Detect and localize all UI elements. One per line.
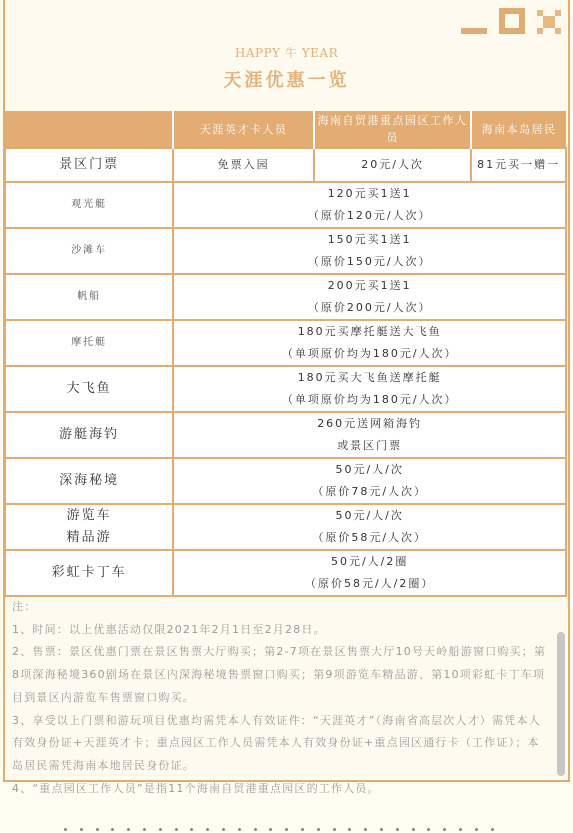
offer-line: 或景区门票: [174, 435, 565, 457]
offer-line: （原价150元/人次）: [174, 251, 565, 273]
row-name: 帆船: [5, 274, 173, 320]
offer-line: （原价78元/人次）: [174, 481, 565, 503]
dot-decoration: [190, 828, 193, 831]
dot-decoration: [96, 828, 99, 831]
table-row: 帆船200元买1送1（原价200元/人次）: [5, 274, 566, 320]
table-row: 游览车精品游50元/人/次（原价58元/人次）: [5, 504, 566, 550]
note-item: 1、时间：以上优惠活动仅限2021年2月1日至2月28日。: [12, 619, 547, 642]
dot-decoration: [285, 828, 288, 831]
note-item: 4、“重点园区工作人员”是指11个海南自贸港重点园区的工作人员。: [12, 778, 547, 801]
table-row: 游艇海钓260元送网箱海钓或景区门票: [5, 412, 566, 458]
dot-decoration: [317, 828, 320, 831]
close-icon[interactable]: [537, 10, 561, 34]
row-name: 深海秘境: [5, 458, 173, 504]
offer-cell: 180元买摩托艇送大飞鱼（单项原价均为180元/人次）: [173, 320, 566, 366]
header-cell-talent: 天涯英才卡人员: [173, 111, 313, 148]
offer-cell: 50元/人/次（原价58元/人次）: [173, 504, 566, 550]
dot-decoration: [301, 828, 304, 831]
dot-decoration: [459, 828, 462, 831]
offer-line: （单项原价均为180元/人次）: [174, 343, 565, 365]
table-row: 观光艇120元买1送1（原价120元/人次）: [5, 182, 566, 228]
window-controls: [461, 8, 561, 34]
offer-line: 260元送网箱海钓: [174, 413, 565, 435]
dot-decoration: [222, 828, 225, 831]
offer-cell: 120元买1送1（原价120元/人次）: [173, 182, 566, 228]
note-item: 2、售票：景区优惠门票在景区售票大厅购买；第2-7项在景区售票大厅10号天岭船游…: [12, 641, 547, 709]
header-cell-blank: [5, 111, 173, 148]
offer-line: 120元买1送1: [174, 183, 565, 205]
row-name: 摩托艇: [5, 320, 173, 366]
row-name: 大飞鱼: [5, 366, 173, 412]
header-cell-ftz-staff: 海南自贸港重点园区工作人员: [314, 111, 471, 148]
dot-decoration: [380, 828, 383, 831]
row-name: 景区门票: [5, 148, 173, 182]
hero-subtitle: HAPPY 牛 YEAR: [0, 44, 573, 61]
table-row: 彩虹卡丁车50元/人/2圈（原价58元/人/2圈）: [5, 550, 566, 596]
notes-section: 注： 1、时间：以上优惠活动仅限2021年2月1日至2月28日。 2、售票：景区…: [12, 596, 547, 800]
dot-decoration: [127, 828, 130, 831]
note-item: 3、享受以上门票和游玩项目优惠均需凭本人有效证件：“天涯英才”（海南省高层次人才…: [12, 710, 547, 778]
offer-cell: 50元/人/次（原价78元/人次）: [173, 458, 566, 504]
header-cell-residents: 海南本岛居民: [471, 111, 566, 148]
scrollbar-thumb[interactable]: [557, 632, 565, 776]
table-header-row: 天涯英才卡人员 海南自贸港重点园区工作人员 海南本岛居民: [5, 111, 566, 148]
cell-residents: 81元买一赠一: [471, 148, 566, 182]
offer-cell: 50元/人/2圈（原价58元/人/2圈）: [173, 550, 566, 596]
cell-ftz-staff: 20元/人次: [314, 148, 471, 182]
offer-line: （原价200元/人次）: [174, 297, 565, 319]
dot-decoration: [238, 828, 241, 831]
cell-talent: 免票入园: [173, 148, 313, 182]
offer-cell: 200元买1送1（原价200元/人次）: [173, 274, 566, 320]
dot-decoration: [333, 828, 336, 831]
offer-line: （原价58元/人次）: [174, 527, 565, 549]
offer-line: 50元/人/次: [174, 459, 565, 481]
offer-line: （原价58元/人/2圈）: [174, 573, 565, 595]
maximize-icon[interactable]: [499, 8, 525, 34]
dot-decoration: [443, 828, 446, 831]
offer-line: 180元买大飞鱼送摩托艇: [174, 367, 565, 389]
row-name: 沙滩车: [5, 228, 173, 274]
row-name-line: 精品游: [6, 527, 172, 549]
page-title: 天涯优惠一览: [0, 66, 573, 92]
dot-decoration: [427, 828, 430, 831]
dot-decoration: [111, 828, 114, 831]
dot-decoration: [206, 828, 209, 831]
offers-table: 天涯英才卡人员 海南自贸港重点园区工作人员 海南本岛居民 景区门票 免票入园 2…: [4, 111, 567, 597]
hero: HAPPY 牛 YEAR 天涯优惠一览: [0, 44, 573, 92]
minimize-icon[interactable]: [461, 8, 487, 34]
row-name-line: 游览车: [6, 505, 172, 527]
dot-decoration: [269, 828, 272, 831]
dot-decoration: [412, 828, 415, 831]
page-dots: [64, 828, 494, 831]
table-row: 沙滩车150元买1送1（原价150元/人次）: [5, 228, 566, 274]
offer-cell: 260元送网箱海钓或景区门票: [173, 412, 566, 458]
offer-cell: 150元买1送1（原价150元/人次）: [173, 228, 566, 274]
offer-cell: 180元买大飞鱼送摩托艇（单项原价均为180元/人次）: [173, 366, 566, 412]
row-name: 彩虹卡丁车: [5, 550, 173, 596]
offer-line: （单项原价均为180元/人次）: [174, 389, 565, 411]
dot-decoration: [159, 828, 162, 831]
dot-decoration: [64, 828, 67, 831]
dot-decoration: [80, 828, 83, 831]
table-row: 摩托艇180元买摩托艇送大飞鱼（单项原价均为180元/人次）: [5, 320, 566, 366]
dot-decoration: [348, 828, 351, 831]
offer-line: 180元买摩托艇送大飞鱼: [174, 321, 565, 343]
table-row: 景区门票 免票入园 20元/人次 81元买一赠一: [5, 148, 566, 182]
row-name: 游览车精品游: [5, 504, 173, 550]
dot-decoration: [254, 828, 257, 831]
dot-decoration: [364, 828, 367, 831]
offer-line: 50元/人/次: [174, 505, 565, 527]
dot-decoration: [491, 828, 494, 831]
dot-decoration: [475, 828, 478, 831]
dot-decoration: [396, 828, 399, 831]
row-name: 观光艇: [5, 182, 173, 228]
offer-line: 50元/人/2圈: [174, 551, 565, 573]
offer-line: 150元买1送1: [174, 229, 565, 251]
dot-decoration: [175, 828, 178, 831]
table-row: 深海秘境50元/人/次（原价78元/人次）: [5, 458, 566, 504]
table-row: 大飞鱼180元买大飞鱼送摩托艇（单项原价均为180元/人次）: [5, 366, 566, 412]
offer-line: （原价120元/人次）: [174, 205, 565, 227]
offer-line: 200元买1送1: [174, 275, 565, 297]
row-name: 游艇海钓: [5, 412, 173, 458]
dot-decoration: [143, 828, 146, 831]
notes-heading: 注：: [12, 596, 547, 619]
